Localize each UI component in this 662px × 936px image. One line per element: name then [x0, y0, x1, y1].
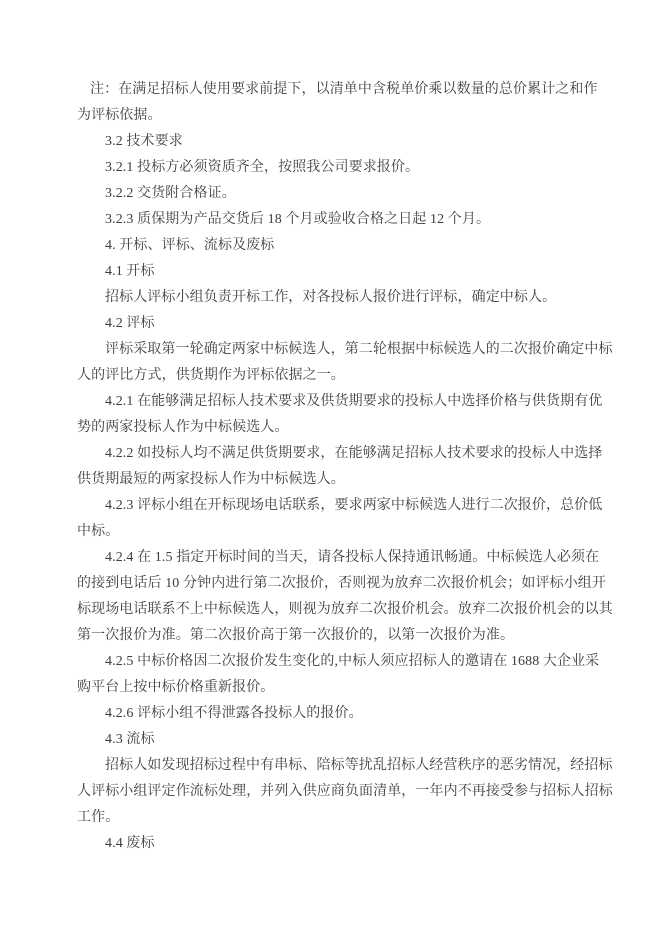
text-line: 4.2.2 如投标人均不满足供货期要求，在能够满足招标人技术要求的投标人中选择	[77, 441, 585, 467]
text-line: 4.4 废标	[77, 831, 585, 857]
document-body: 注：在满足招标人使用要求前提下，以清单中含税单价乘以数量的总价累计之和作为评标依…	[77, 77, 585, 857]
paragraph: 评标采取第一轮确定两家中标候选人，第二轮根据中标候选人的二次报价确定中标人的评比…	[77, 337, 585, 389]
text-line: 招标人评标小组负责开标工作，对各投标人报价进行评标，确定中标人。	[77, 285, 585, 311]
text-line: 第一次报价为准。第二次报价高于第一次报价的，以第一次报价为准。	[77, 623, 585, 649]
paragraph: 4.2.6 评标小组不得泄露各投标人的报价。	[77, 701, 585, 727]
paragraph: 4.2.5 中标价格因二次报价发生变化的,中标人须应招标人的邀请在 1688 大…	[77, 649, 585, 701]
document-page: 注：在满足招标人使用要求前提下，以清单中含税单价乘以数量的总价累计之和作为评标依…	[0, 0, 662, 936]
text-line: 4.2.1 在能够满足招标人技术要求及供货期要求的投标人中选择价格与供货期有优	[77, 389, 585, 415]
paragraph: 4.1 开标	[77, 259, 585, 285]
text-line: 供货期最短的两家投标人作为中标候选人。	[77, 467, 585, 493]
paragraph: 3.2.3 质保期为产品交货后 18 个月或验收合格之日起 12 个月。	[77, 207, 585, 233]
text-line: 3.2.1 投标方必须资质齐全，按照我公司要求报价。	[77, 155, 585, 181]
text-line: 4.2.3 评标小组在开标现场电话联系，要求两家中标候选人进行二次报价，总价低	[77, 493, 585, 519]
paragraph: 4.2.4 在 1.5 指定开标时间的当天，请各投标人保持通讯畅通。中标候选人必…	[77, 545, 585, 649]
text-line: 标现场电话联系不上中标候选人，则视为放弃二次报价机会。放弃二次报价机会的以其	[77, 597, 585, 623]
text-line: 工作。	[77, 805, 585, 831]
text-line: 4.2 评标	[77, 311, 585, 337]
text-line: 3.2.2 交货附合格证。	[77, 181, 585, 207]
text-line: 3.2 技术要求	[77, 129, 585, 155]
paragraph: 招标人评标小组负责开标工作，对各投标人报价进行评标，确定中标人。	[77, 285, 585, 311]
paragraph: 4. 开标、评标、流标及废标	[77, 233, 585, 259]
paragraph: 3.2 技术要求	[77, 129, 585, 155]
paragraph: 4.2.2 如投标人均不满足供货期要求，在能够满足招标人技术要求的投标人中选择供…	[77, 441, 585, 493]
text-line: 4.2.6 评标小组不得泄露各投标人的报价。	[77, 701, 585, 727]
text-line: 4.3 流标	[77, 727, 585, 753]
paragraph: 4.2 评标	[77, 311, 585, 337]
text-line: 人的评比方式，供货期作为评标依据之一。	[77, 363, 585, 389]
paragraph: 3.2.2 交货附合格证。	[77, 181, 585, 207]
text-line: 招标人如发现招标过程中有串标、陪标等扰乱招标人经营秩序的恶劣情况，经招标	[77, 753, 585, 779]
text-line: 为评标依据。	[77, 103, 585, 129]
paragraph: 3.2.1 投标方必须资质齐全，按照我公司要求报价。	[77, 155, 585, 181]
text-line: 注：在满足招标人使用要求前提下，以清单中含税单价乘以数量的总价累计之和作	[77, 77, 585, 103]
text-line: 4.1 开标	[77, 259, 585, 285]
paragraph: 4.3 流标	[77, 727, 585, 753]
paragraph: 4.2.3 评标小组在开标现场电话联系，要求两家中标候选人进行二次报价，总价低中…	[77, 493, 585, 545]
text-line: 4.2.5 中标价格因二次报价发生变化的,中标人须应招标人的邀请在 1688 大…	[77, 649, 585, 675]
text-line: 人评标小组评定作流标处理，并列入供应商负面清单，一年内不再接受参与招标人招标	[77, 779, 585, 805]
text-line: 势的两家投标人作为中标候选人。	[77, 415, 585, 441]
text-line: 4. 开标、评标、流标及废标	[77, 233, 585, 259]
paragraph: 4.2.1 在能够满足招标人技术要求及供货期要求的投标人中选择价格与供货期有优势…	[77, 389, 585, 441]
text-line: 的接到电话后 10 分钟内进行第二次报价，否则视为放弃二次报价机会；如评标小组开	[77, 571, 585, 597]
text-line: 4.2.4 在 1.5 指定开标时间的当天，请各投标人保持通讯畅通。中标候选人必…	[77, 545, 585, 571]
text-line: 购平台上按中标价格重新报价。	[77, 675, 585, 701]
paragraph: 4.4 废标	[77, 831, 585, 857]
paragraph: 注：在满足招标人使用要求前提下，以清单中含税单价乘以数量的总价累计之和作为评标依…	[77, 77, 585, 129]
text-line: 中标。	[77, 519, 585, 545]
text-line: 3.2.3 质保期为产品交货后 18 个月或验收合格之日起 12 个月。	[77, 207, 585, 233]
paragraph: 招标人如发现招标过程中有串标、陪标等扰乱招标人经营秩序的恶劣情况，经招标人评标小…	[77, 753, 585, 831]
text-line: 评标采取第一轮确定两家中标候选人，第二轮根据中标候选人的二次报价确定中标	[77, 337, 585, 363]
